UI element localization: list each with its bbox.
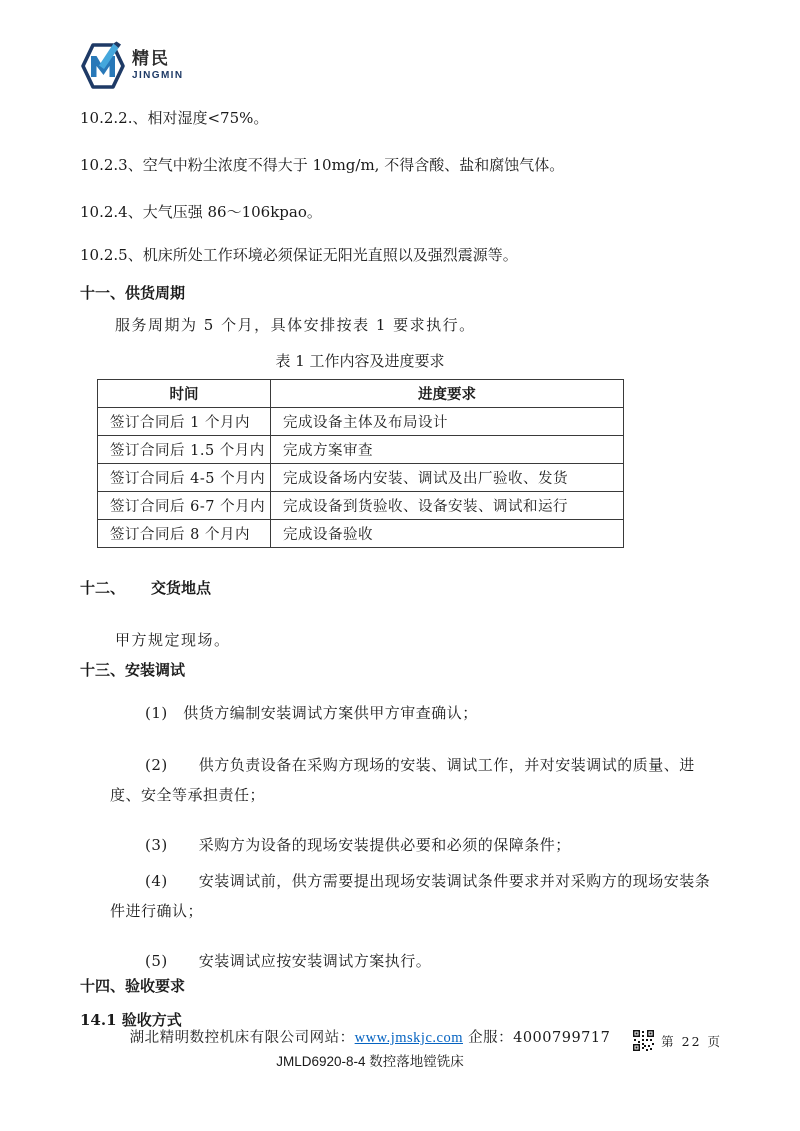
cell-requirement: 完成设备到货验收、设备安装、调试和运行 [271, 492, 624, 520]
section-13-heading: 十三、安装调试 [80, 660, 722, 680]
table-row: 签订合同后 4-5 个月内 完成设备场内安装、调试及出厂验收、发货 [98, 464, 624, 492]
table-row: 签订合同后 1.5 个月内 完成方案审查 [98, 436, 624, 464]
section-12-title: 交货地点 [151, 579, 211, 597]
table-row: 签订合同后 1 个月内 完成设备主体及布局设计 [98, 408, 624, 436]
clause-10-2-3: 10.2.3、空气中粉尘浓度不得大于 10mg/m, 不得含酸、盐和腐蚀气体。 [80, 155, 722, 175]
page-footer: 湖北精明数控机床有限公司网站：www.jmskjc.com 企服：4000799… [0, 1026, 800, 1070]
cell-time: 签订合同后 6-7 个月内 [98, 492, 271, 520]
page-number-block: 第 22 页 [633, 1030, 722, 1051]
clause-10-2-5: 10.2.5、机床所处工作环境必须保证无阳光直照以及强烈震源等。 [80, 245, 722, 265]
list-item: (3) 采购方为设备的现场安装提供必要和必须的保障条件； [110, 830, 722, 860]
footer-doc-title: JMLD6920-8-4 数控落地镗铣床 [276, 1054, 464, 1069]
section-12-number: 十二、 [80, 579, 125, 597]
list-item: (1) 供货方编制安装调试方案供甲方审查确认； [110, 698, 722, 728]
cell-requirement: 完成设备验收 [271, 520, 624, 548]
footer-company-text: 湖北精明数控机床有限公司网站： [130, 1030, 355, 1046]
qr-code-icon [633, 1030, 654, 1051]
work-schedule-table: 时间 进度要求 签订合同后 1 个月内 完成设备主体及布局设计 签订合同后 1.… [97, 379, 624, 548]
page-number: 第 22 页 [661, 1032, 722, 1050]
table-row: 签订合同后 6-7 个月内 完成设备到货验收、设备安装、调试和运行 [98, 492, 624, 520]
clause-10-2-4: 10.2.4、大气压强 86～106kpao。 [80, 202, 722, 222]
col-header-time: 时间 [98, 380, 271, 408]
logo-name-chinese: 精民 [132, 51, 183, 68]
cell-requirement: 完成方案审查 [271, 436, 624, 464]
footer-doc-title-line: JMLD6920-8-4 数控落地镗铣床 [0, 1050, 740, 1070]
table-row: 签订合同后 8 个月内 完成设备验收 [98, 520, 624, 548]
cell-time: 签订合同后 1.5 个月内 [98, 436, 271, 464]
list-item: (4) 安装调试前，供方需要提出现场安装调试条件要求并对采购方的现场安装条件进行… [110, 866, 722, 926]
col-header-requirement: 进度要求 [271, 380, 624, 408]
clause-10-2-2: 10.2.2.、相对湿度<75%。 [80, 108, 722, 128]
cell-requirement: 完成设备场内安装、调试及出厂验收、发货 [271, 464, 624, 492]
list-item: (5) 安装调试应按安装调试方案执行。 [110, 946, 722, 976]
cell-time: 签订合同后 1 个月内 [98, 408, 271, 436]
cell-requirement: 完成设备主体及布局设计 [271, 408, 624, 436]
website-link[interactable]: www.jmskjc.com [355, 1030, 463, 1046]
footer-company-line: 湖北精明数控机床有限公司网站：www.jmskjc.com 企服：4000799… [0, 1026, 740, 1047]
section-11-paragraph: 服务周期为 5 个月，具体安排按表 1 要求执行。 [115, 315, 722, 335]
list-item: (2) 供方负责设备在采购方现场的安装、调试工作，并对安装调试的质量、进度、安全… [110, 750, 722, 810]
page-content: 精民 JINGMIN 10.2.2.、相对湿度<75%。 10.2.3、空气中粉… [0, 0, 800, 1030]
section-11-heading: 十一、供货周期 [80, 283, 722, 303]
company-logo: 精民 JINGMIN [80, 0, 722, 94]
logo-name-english: JINGMIN [132, 71, 183, 81]
section-14-heading: 十四、验收要求 [80, 976, 722, 996]
footer-service-label: 企服： [468, 1030, 513, 1046]
footer-service-phone: 4000799717 [513, 1030, 610, 1046]
table1-title: 表 1 工作内容及进度要求 [97, 350, 623, 371]
table-header-row: 时间 进度要求 [98, 380, 624, 408]
logo-text: 精民 JINGMIN [132, 51, 183, 81]
cell-time: 签订合同后 4-5 个月内 [98, 464, 271, 492]
jingmin-logo-icon [80, 41, 126, 91]
document-page: 精民 JINGMIN 10.2.2.、相对湿度<75%。 10.2.3、空气中粉… [0, 0, 800, 1131]
section-12-paragraph: 甲方规定现场。 [115, 630, 722, 650]
cell-time: 签订合同后 8 个月内 [98, 520, 271, 548]
section-12-heading: 十二、交货地点 [80, 578, 722, 598]
